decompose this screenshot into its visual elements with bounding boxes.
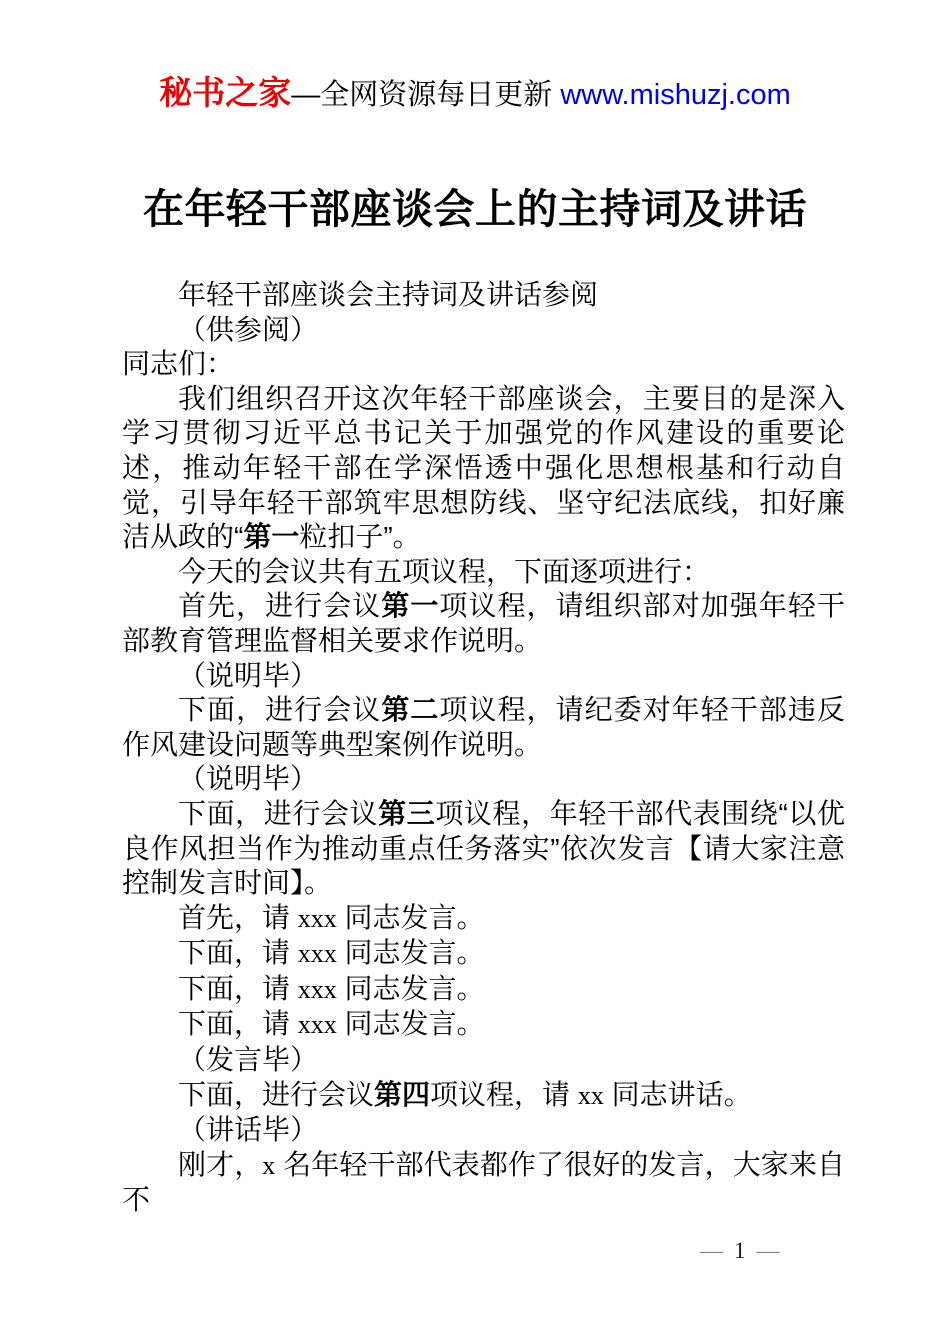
paragraph: 下面，进行会议第三项议程，年轻干部代表围绕“以优良作风担当作为推动重点任务落实”…: [122, 797, 845, 901]
latin-text-run: xxx: [298, 1010, 337, 1039]
site-brand: 秘书之家: [159, 74, 291, 111]
text-run: 同志发言。: [337, 937, 485, 968]
text-run: 同志们：: [122, 348, 234, 379]
paragraph: 首先，请 xxx 同志发言。: [122, 901, 845, 937]
text-run: 我们组织召开这次年轻干部座谈会，主要目的是深入学习贯彻习近平总书记关于加强党的作…: [122, 383, 845, 552]
latin-text-run: xxx: [298, 975, 337, 1004]
paragraph: （讲话毕）: [122, 1113, 845, 1148]
bold-text-run: 第一: [381, 590, 439, 621]
bold-text-run: 第一: [243, 521, 299, 552]
footer-dash-left: —: [700, 1238, 723, 1263]
text-run: 同志发言。: [337, 1008, 485, 1039]
text-run: 下面，进行会议: [178, 1079, 374, 1110]
bold-text-run: 第二: [381, 694, 439, 725]
text-run: 年轻干部座谈会主持词及讲话参阅: [178, 279, 598, 310]
document-body: 年轻干部座谈会主持词及讲话参阅（供参阅）同志们：我们组织召开这次年轻干部座谈会，…: [122, 278, 845, 1218]
paragraph: 下面，请 xxx 同志发言。: [122, 972, 845, 1008]
text-run: 下面，请: [178, 973, 298, 1004]
text-run: （讲话毕）: [178, 1114, 318, 1145]
text-run: 今天的会议共有五项议程，下面逐项进行：: [178, 556, 710, 587]
latin-text-run: xxx: [298, 904, 337, 933]
text-run: （说明毕）: [178, 660, 318, 691]
text-run: 下面，请: [178, 937, 298, 968]
paragraph: 刚才，x 名年轻干部代表都作了很好的发言，大家来自不: [122, 1148, 845, 1218]
paragraph: （说明毕）: [122, 659, 845, 694]
paragraph: 下面，进行会议第二项议程，请纪委对年轻干部违反作风建设问题等典型案例作说明。: [122, 693, 845, 762]
paragraph: （说明毕）: [122, 762, 845, 797]
text-run: 粒扣子”。: [299, 521, 420, 552]
bold-text-run: 第四: [374, 1079, 430, 1110]
text-run: 首先，进行会议: [178, 590, 381, 621]
document-title: 在年轻干部座谈会上的主持词及讲话: [0, 184, 950, 234]
footer-dash-right: —: [757, 1238, 780, 1263]
site-header: 秘书之家—全网资源每日更新 www.mishuzj.com: [0, 74, 950, 114]
text-run: 刚才，: [178, 1149, 262, 1180]
paragraph: （供参阅）: [122, 313, 845, 348]
paragraph: 下面，请 xxx 同志发言。: [122, 936, 845, 972]
text-run: 同志发言。: [337, 902, 485, 933]
text-run: 同志讲话。: [604, 1079, 752, 1110]
text-run: 首先，请: [178, 902, 298, 933]
bold-text-run: 第三: [378, 798, 435, 829]
page-footer: —1—: [700, 1238, 780, 1264]
latin-text-run: x: [262, 1151, 275, 1180]
text-run: （发言毕）: [178, 1044, 318, 1075]
text-run: 下面，请: [178, 1008, 298, 1039]
paragraph: 同志们：: [122, 347, 845, 382]
text-run: 项议程，请: [430, 1079, 578, 1110]
text-run: （说明毕）: [178, 763, 318, 794]
paragraph: 首先，进行会议第一项议程，请组织部对加强年轻干部教育管理监督相关要求作说明。: [122, 589, 845, 658]
latin-text-run: xxx: [298, 939, 337, 968]
site-tagline: —全网资源每日更新: [291, 79, 560, 111]
page-number: 1: [734, 1238, 746, 1263]
paragraph: 我们组织召开这次年轻干部座谈会，主要目的是深入学习贯彻习近平总书记关于加强党的作…: [122, 382, 845, 555]
text-run: （供参阅）: [178, 314, 318, 345]
text-run: 下面，进行会议: [178, 694, 381, 725]
paragraph: 下面，请 xxx 同志发言。: [122, 1007, 845, 1043]
document-page: 秘书之家—全网资源每日更新 www.mishuzj.com 在年轻干部座谈会上的…: [0, 0, 950, 1344]
latin-text-run: xx: [578, 1081, 604, 1110]
paragraph: 今天的会议共有五项议程，下面逐项进行：: [122, 555, 845, 590]
site-url-link[interactable]: www.mishuzj.com: [560, 79, 790, 111]
paragraph: （发言毕）: [122, 1043, 845, 1078]
text-run: 下面，进行会议: [178, 798, 378, 829]
paragraph: 年轻干部座谈会主持词及讲话参阅: [122, 278, 845, 313]
paragraph: 下面，进行会议第四项议程，请 xx 同志讲话。: [122, 1078, 845, 1114]
text-run: 同志发言。: [337, 973, 485, 1004]
